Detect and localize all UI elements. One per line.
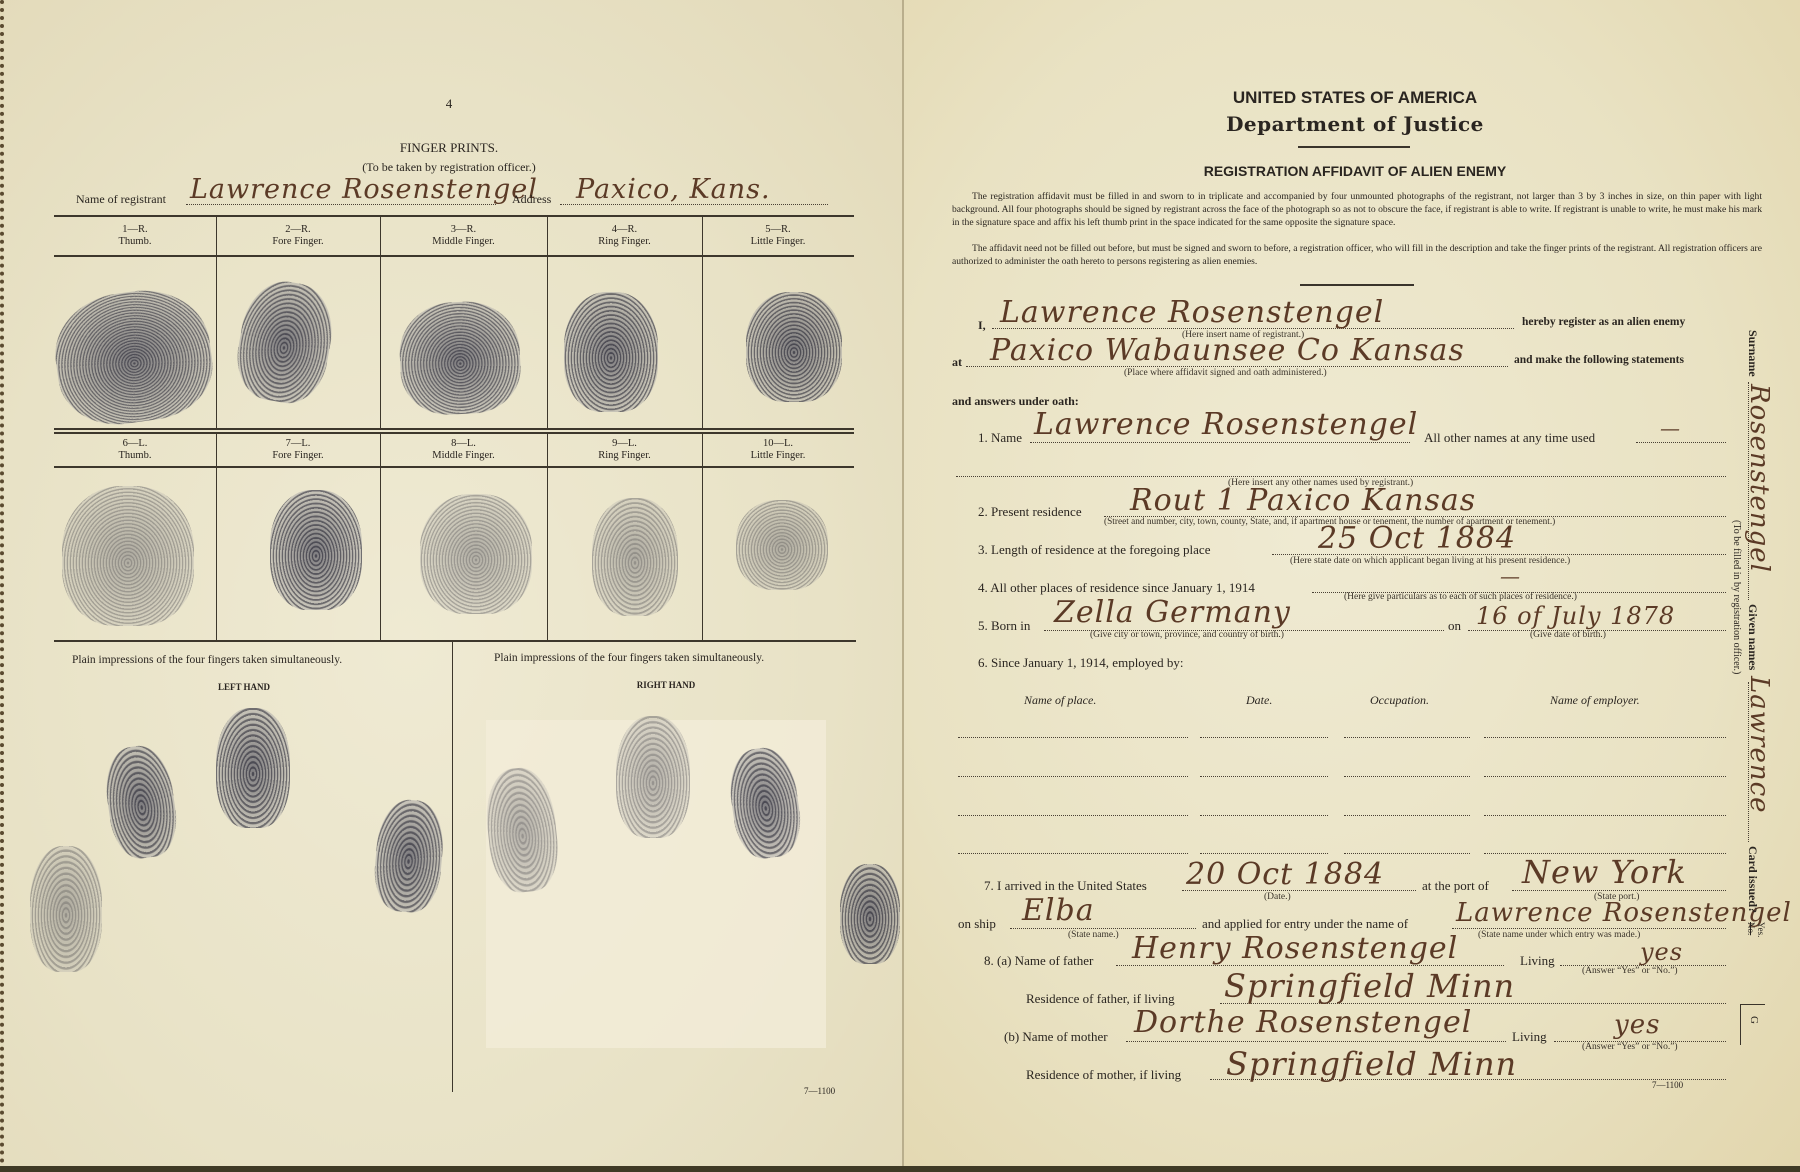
register-text: hereby register as an alien enemy xyxy=(1522,316,1685,328)
q7-ship-line xyxy=(1010,928,1196,929)
q8-father-value[interactable]: Henry Rosenstengel xyxy=(1132,934,1458,964)
q8-mother-residence-value[interactable]: Springfield Minn xyxy=(1226,1048,1517,1080)
q7-ship-label: on ship xyxy=(958,916,996,932)
cell-3-r: 3—R.Middle Finger. xyxy=(380,224,547,248)
given-names-label: Given names xyxy=(1745,604,1760,670)
q3-caption: (Here state date on which applicant bega… xyxy=(1290,556,1570,566)
q7-date-caption: (Date.) xyxy=(1264,892,1291,902)
q2-label: 2. Present residence xyxy=(978,504,1082,520)
place-caption: (Place where affidavit signed and oath a… xyxy=(1124,368,1327,378)
q4-label: 4. All other places of residence since J… xyxy=(978,580,1255,596)
cell-5-r: 5—R.Little Finger. xyxy=(702,224,854,248)
q2-residence-value[interactable]: Rout 1 Paxico Kansas xyxy=(1130,486,1476,516)
at-label: at xyxy=(952,355,962,370)
plain-impressions-right-caption: Plain impressions of the four fingers ta… xyxy=(494,652,764,664)
q8-mother-living-caption: (Answer “Yes” or “No.”) xyxy=(1582,1042,1678,1052)
fingerprint-10-l xyxy=(736,500,828,590)
q1-other-names-value[interactable]: — xyxy=(1660,418,1681,438)
q1-name-value[interactable]: Lawrence Rosenstengel xyxy=(1034,410,1418,440)
right-hand-label: RIGHT HAND xyxy=(606,680,726,690)
cell-6-l: 6—L.Thumb. xyxy=(54,438,216,462)
fingerprint-9-l xyxy=(592,498,678,616)
hands-divider xyxy=(452,642,453,1092)
card-yes[interactable]: Yes. xyxy=(1756,922,1766,937)
registrant-value[interactable]: Lawrence Rosenstengel xyxy=(190,176,538,203)
header-country: UNITED STATES OF AMERICA xyxy=(1160,88,1550,108)
q7-port-value[interactable]: New York xyxy=(1522,856,1687,888)
left-hand-label: LEFT HAND xyxy=(184,682,304,692)
instructions-paragraph-2: The affidavit need not be filled out bef… xyxy=(952,242,1762,268)
q8-mother-living-label: Living xyxy=(1512,1029,1547,1045)
q8-father-living-value[interactable]: yes xyxy=(1640,940,1683,964)
address-value[interactable]: Paxico, Kans. xyxy=(576,176,771,203)
q4-value[interactable]: — xyxy=(1500,566,1521,586)
i-label: I, xyxy=(978,318,986,333)
q1-other-names-label: All other names at any time used xyxy=(1424,430,1595,446)
q8-mother-label: (b) Name of mother xyxy=(1004,1029,1108,1045)
card-issued-label: Card issued? xyxy=(1745,846,1760,913)
q7-ship-value[interactable]: Elba xyxy=(1022,896,1095,926)
q8-father-residence-value[interactable]: Springfield Minn xyxy=(1224,970,1515,1002)
card-no[interactable]: No. xyxy=(1746,922,1756,935)
q4-caption: (Here give particulars as to each of suc… xyxy=(1344,592,1577,602)
address-label: Address xyxy=(512,192,551,207)
registrant-label: Name of registrant xyxy=(76,192,166,207)
surname-value[interactable]: Rosenstengel xyxy=(1746,384,1772,573)
q1-other-names-line-2 xyxy=(956,476,1726,477)
q5-birthdate-value[interactable]: 16 of July 1878 xyxy=(1476,604,1675,628)
q7-entry-name-label: and applied for entry under the name of xyxy=(1202,916,1408,932)
q5-birthplace-value[interactable]: Zella Germany xyxy=(1054,598,1291,628)
q1-label: 1. Name xyxy=(978,430,1022,446)
right-form-number: 7—1100 xyxy=(1652,1080,1683,1090)
cell-10-l: 10—L.Little Finger. xyxy=(702,438,854,462)
surname-label: Surname xyxy=(1745,330,1760,377)
col-name-of-place: Name of place. xyxy=(1024,693,1096,708)
fingerprints-subtitle: (To be taken by registration officer.) xyxy=(284,160,614,175)
fingerprint-1-r xyxy=(48,282,220,432)
fingerprint-7-l xyxy=(270,490,362,610)
q5-caption: (Give city or town, province, and countr… xyxy=(1090,630,1284,640)
q8-father-label: 8. (a) Name of father xyxy=(984,953,1093,969)
q8-mother-line xyxy=(1126,1041,1506,1042)
q7-port-label: at the port of xyxy=(1422,878,1489,894)
affidavit-registrant-name[interactable]: Lawrence Rosenstengel xyxy=(1000,298,1384,328)
q3-label: 3. Length of residence at the foregoing … xyxy=(978,542,1210,558)
fingerprint-2-r xyxy=(230,275,339,409)
form-title: REGISTRATION AFFIDAVIT OF ALIEN ENEMY xyxy=(1110,163,1600,179)
header-rule xyxy=(1298,146,1410,148)
instructions-rule xyxy=(1300,284,1414,286)
q1-other-names-line xyxy=(1636,442,1726,443)
q8-father-living-caption: (Answer “Yes” or “No.”) xyxy=(1582,966,1678,976)
q5-date-caption: (Give date of birth.) xyxy=(1530,630,1606,640)
q6-label: 6. Since January 1, 1914, employed by: xyxy=(978,655,1183,671)
fingerprints-title: FINGER PRINTS. xyxy=(304,140,594,156)
col-name-of-employer: Name of employer. xyxy=(1550,693,1640,708)
fingerprint-8-l xyxy=(420,494,532,614)
q3-date-value[interactable]: 25 Oct 1884 xyxy=(1318,524,1516,554)
q8-father-living-label: Living xyxy=(1520,953,1555,969)
q8-mother-value[interactable]: Dorthe Rosenstengel xyxy=(1134,1008,1472,1038)
officer-caption: (To be filled in by registration officer… xyxy=(1731,520,1742,674)
cell-7-l: 7—L.Fore Finger. xyxy=(216,438,380,462)
q5-label: 5. Born in xyxy=(978,618,1030,634)
q8-mother-residence-label: Residence of mother, if living xyxy=(1026,1067,1181,1083)
cell-4-r: 4—R.Ring Finger. xyxy=(547,224,702,248)
q8-mother-living-value[interactable]: yes xyxy=(1614,1012,1660,1038)
classification-box xyxy=(1740,1004,1765,1045)
header-department: Department of Justice xyxy=(1160,112,1550,136)
fingerprint-6-l xyxy=(62,486,194,626)
cell-2-r: 2—R.Fore Finger. xyxy=(216,224,380,248)
cell-8-l: 8—L.Middle Finger. xyxy=(380,438,547,462)
q7-ship-caption: (State name.) xyxy=(1068,930,1119,940)
left-page-fingerprints: 4 FINGER PRINTS. (To be taken by registr… xyxy=(0,0,903,1172)
cell-1-r: 1—R.Thumb. xyxy=(54,224,216,248)
statements-text: and make the following statements xyxy=(1514,354,1684,366)
fingerprint-4-r xyxy=(564,292,658,412)
col-date: Date. xyxy=(1246,693,1272,708)
q7-entry-name-line xyxy=(1452,928,1726,929)
fingerprint-5-r xyxy=(746,292,842,402)
q5-on-label: on xyxy=(1448,618,1461,634)
q7-arrival-date-value[interactable]: 20 Oct 1884 xyxy=(1186,860,1384,890)
page-number: 4 xyxy=(404,96,494,112)
left-form-number: 7—1100 xyxy=(804,1086,835,1096)
q7-entry-name-value[interactable]: Lawrence Rosenstengel xyxy=(1456,900,1792,926)
given-names-value[interactable]: Lawrence xyxy=(1746,676,1772,814)
classification-letter: G xyxy=(1748,1016,1760,1024)
cell-9-l: 9—L.Ring Finger. xyxy=(547,438,702,462)
plain-impressions-left-caption: Plain impressions of the four fingers ta… xyxy=(72,654,342,666)
page-bottom-edge xyxy=(0,1166,1800,1172)
affidavit-place[interactable]: Paxico Wabaunsee Co Kansas xyxy=(990,336,1465,366)
instructions-paragraph-1: The registration affidavit must be fille… xyxy=(952,190,1762,229)
fingerprint-3-r xyxy=(397,299,523,417)
q7-entry-name-caption: (State name under which entry was made.) xyxy=(1478,930,1640,940)
col-occupation: Occupation. xyxy=(1370,693,1429,708)
q7-label: 7. I arrived in the United States xyxy=(984,878,1147,894)
q1-line xyxy=(1030,442,1410,443)
